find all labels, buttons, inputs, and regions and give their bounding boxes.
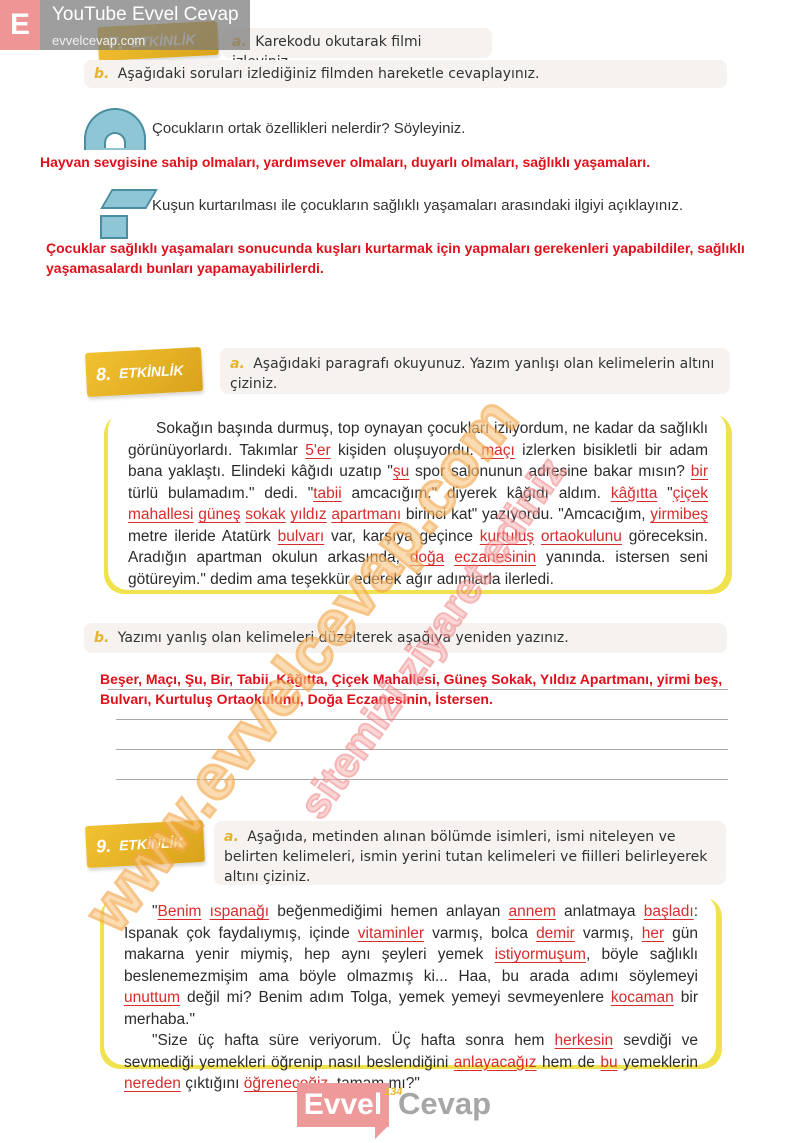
underlined-word: istiyormuşum [495,946,586,963]
underlined-word: tabii [313,485,341,502]
underlined-word: annem [508,903,555,920]
underlined-word: ortaokulunu [541,528,622,545]
activity-8-b-answer: Beşer, Maçı, Şu, Bir, Tabii, Kâğıtta, Çi… [100,669,760,709]
letter-b: b. [94,66,109,82]
activity-7-instruction-a: a. Karekodu okutarak filmi izleyiniz. [222,28,492,58]
footer-logo-evvel: Evvel [297,1083,389,1127]
underlined-word: demir [536,925,575,942]
underlined-word: her [642,925,664,942]
activity-8-instruction-b: b. Yazımı yanlış olan kelimeleri düzelte… [84,623,727,653]
instruction-b-text: Yazımı yanlış olan kelimeleri düzelterek… [118,630,569,646]
page-number: 134 [384,1086,402,1098]
underlined-word: sokak [245,506,286,523]
underlined-word: Benim [158,903,202,920]
underlined-word: unuttum [124,989,180,1006]
story-paragraph: "Size üç hafta süre veriyorum. Üç hafta … [124,1030,698,1095]
activity-8-instruction-a: a. Aşağıdaki paragrafı okuyunuz. Yazım y… [220,348,730,394]
letter-a: a. [224,829,239,845]
question-2-text: Kuşun kurtarılması ile çocukların sağlık… [152,197,683,214]
question-1-text: Çocukların ortak özellikleri nelerdir? S… [152,120,465,137]
letter-b: b. [94,630,109,646]
story-paragraph: Sokağın başında durmuş, top oynayan çocu… [128,418,708,590]
underlined-word: nereden [124,1075,181,1092]
underlined-word: anlayacağız [454,1054,537,1071]
question-mark-bottom-icon [100,189,152,239]
underlined-word: bulvarı [278,528,325,545]
writing-line-4 [116,779,728,780]
underlined-word: güneş [198,506,240,523]
watermark-url: evvelcevap.com [52,33,145,48]
underlined-word: yıldız [290,506,326,523]
underlined-word: çiçek [673,485,708,502]
underlined-word: kurtuluş [480,528,534,545]
instruction-b-text: Aşağıdaki soruları izlediğiniz filmden h… [118,66,540,82]
underlined-word: ıspanağı [210,903,269,920]
underlined-word: mahallesi [128,506,193,523]
underlined-word: şu [393,463,409,480]
answer-2: Çocuklar sağlıklı yaşamaları sonucunda k… [46,238,746,278]
underlined-word: kâğıtta [611,485,658,502]
underlined-word: başladı [644,903,694,920]
activity-9-story: "Benim ıspanağı beğenmediğimi hemen anla… [104,893,716,1065]
underlined-word: vitaminler [358,925,424,942]
evvel-logo-icon: E [0,0,40,50]
activity-9-instruction-a: a. Aşağıda, metinden alınan bölümde isim… [214,821,726,885]
watermark-title: YouTube Evvel Cevap [52,4,239,26]
underlined-word: herkesin [555,1032,614,1049]
underlined-word: maçı [481,442,515,459]
underlined-word: bir [691,463,708,480]
writing-line-2 [116,719,728,720]
activity-7-instruction-b: b. Aşağıdaki soruları izlediğiniz filmde… [84,60,727,88]
story-paragraphs: "Benim ıspanağı beğenmediğimi hemen anla… [124,901,698,1095]
story-paragraph: "Benim ıspanağı beğenmediğimi hemen anla… [124,901,698,1030]
underlined-word: apartmanı [331,506,401,523]
underlined-word: eczanesinin [454,549,536,566]
underlined-word: bu [600,1054,617,1071]
writing-line-3 [116,749,728,750]
answer-1: Hayvan sevgisine sahip olmaları, yardıms… [40,152,800,172]
activity-9-badge: 9. ETKİNLİK [85,820,205,868]
activity-8-number: 8. [96,363,112,385]
underlined-word: kocaman [611,989,674,1006]
footer-logo-cevap: Cevap [398,1086,491,1122]
letter-a: a. [230,356,245,372]
underlined-word: 5'er [305,442,330,459]
instruction-a-text: Aşağıdaki paragrafı okuyunuz. Yazım yanl… [230,356,714,392]
activity-8-badge-label: ETKİNLİK [119,362,184,381]
activity-8-story: Sokağın başında durmuş, top oynayan çocu… [108,410,726,590]
activity-9-badge-label: ETKİNLİK [119,834,184,853]
activity-9-number: 9. [96,835,112,857]
instruction-a-text: Aşağıda, metinden alınan bölümde isimler… [224,829,707,885]
activity-8-badge: 8. ETKİNLİK [85,347,203,397]
underlined-word: doğa [410,549,444,566]
question-mark-top-icon [84,108,146,150]
underlined-word: yirmibeş [650,506,708,523]
